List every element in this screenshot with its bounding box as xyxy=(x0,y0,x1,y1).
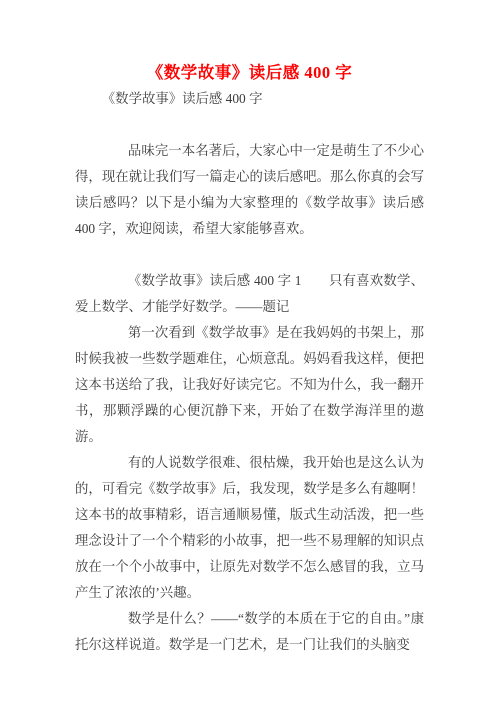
body-paragraph: 《数学故事》读后感 400 字 1 只有喜欢数学、爱上数学、才能学好数学。——题… xyxy=(75,268,424,320)
body-paragraph: 有的人说数学很难、很枯燥，我开始也是这么认为的，可看完《数学故事》后，我发现，数… xyxy=(75,450,424,606)
document-title: 《数学故事》读后感 400 字 xyxy=(75,60,424,86)
body-paragraph: 第一次看到《数学故事》是在我妈妈的书架上，那时候我被一些数学题难住，心烦意乱。妈… xyxy=(75,320,424,450)
document-content: 《数学故事》读后感 400 字 《数学故事》读后感 400 字 品味完一本名著后… xyxy=(0,0,496,658)
document-page: 《数学故事》读后感 400 字 《数学故事》读后感 400 字 品味完一本名著后… xyxy=(0,0,496,702)
document-body: 品味完一本名著后，大家心中一定是萌生了不少心得，现在就让我们写一篇走心的读后感吧… xyxy=(75,138,424,658)
document-subtitle: 《数学故事》读后感 400 字 xyxy=(75,86,424,112)
body-paragraph: 品味完一本名著后，大家心中一定是萌生了不少心得，现在就让我们写一篇走心的读后感吧… xyxy=(75,138,424,242)
body-paragraph: 数学是什么？——“数学的本质在于它的自由。”康托尔这样说道。数学是一门艺术，是一… xyxy=(75,606,424,658)
